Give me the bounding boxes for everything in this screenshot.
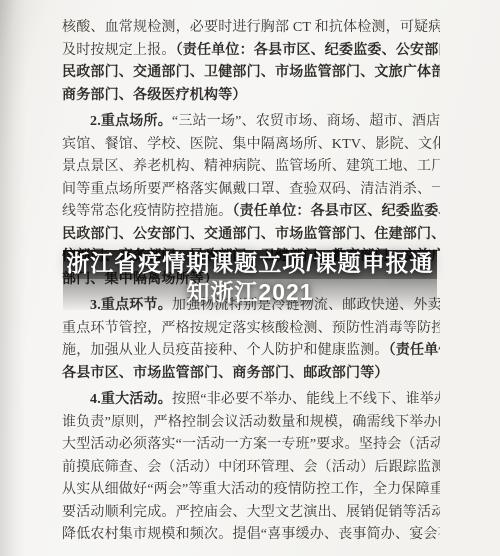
text-segment: 宾馆、餐馆、学校、医院、集中隔离场所、KTV、影院、文化馆、: [62, 137, 440, 152]
text-line: 大型活动必须落实“一活动一方案一专班”要求。坚持会（活动）: [62, 434, 440, 457]
page-title-line2: 知浙江2021: [63, 278, 437, 307]
text-segment: 间等重点场所要严格落实佩戴口罩、查验双码、清洁消杀、一米: [62, 182, 440, 197]
page-title-line1: 浙江省疫情期课题立项/课题申报通: [63, 249, 437, 278]
text-segment-bold: 商务部门、各级医疗机构等）: [62, 88, 247, 103]
text-segment: 大型活动必须落实“一活动一方案一专班”要求。坚持会（活动）: [62, 437, 440, 452]
text-segment: 按照“非必要不举办、能线上不线下、谁举办: [172, 392, 440, 407]
text-line: 要活动顺利完成。严控庙会、大型文艺演出、展销促销等活动，: [62, 502, 440, 525]
text-segment: 从实从细做好“两会”等重大活动的疫情防控工作，全力保障重: [62, 482, 440, 497]
text-segment-bold: （责任单位：: [389, 343, 440, 358]
text-line: 及时按规定上报。（责任单位：各县市区、纪委监委、公安部门、: [62, 40, 440, 63]
text-line: 景点景区、养老机构、精神病院、监管场所、建筑工地、工厂车: [62, 156, 440, 179]
text-segment-bold: 民政部门、交通部门、卫健部门、市场监管部门、文旅广体部门、: [62, 65, 440, 80]
text-segment: 及时按规定上报。: [62, 43, 176, 58]
text-line: 线等常态化疫情防控措施。（责任单位：各县市区、纪委监委、: [62, 201, 440, 224]
text-segment-bold: 2.重点场所。: [90, 114, 172, 129]
text-line: 各县市区、市场监管部门、商务部门、邮政部门等）: [62, 363, 440, 386]
text-segment: 重点环节管控，严格按规定落实核酸检测、预防性消毒等防控措: [62, 321, 440, 336]
text-segment: 谁负责”原则，严格控制会议活动数量和规模，确需线下举办的: [62, 415, 440, 430]
text-segment-bold: （责任单位：各县市区、纪委监委、: [232, 204, 440, 219]
text-segment: 前摸底筛查、会（活动）中闭环管理、会（活动）后跟踪监测，: [62, 460, 440, 475]
text-line: 谁负责”原则，严格控制会议活动数量和规模，确需线下举办的: [62, 412, 440, 435]
text-line: 施，加强从业人员疫苗接种、个人防护和健康监测。（责任单位：: [62, 340, 440, 363]
text-segment: 降低农村集市规模和频次。提倡“喜事缓办、丧事简办、宴会不: [62, 527, 440, 542]
text-segment: 要活动顺利完成。严控庙会、大型文艺演出、展销促销等活动，: [62, 505, 440, 520]
text-line: 4.重大活动。按照“非必要不举办、能线上不线下、谁举办: [62, 389, 440, 412]
text-segment: 景点景区、养老机构、精神病院、监管场所、建筑工地、工厂车: [62, 159, 440, 174]
text-line: 民政部门、交通部门、卫健部门、市场监管部门、文旅广体部门、: [62, 62, 440, 85]
text-line: 宾馆、餐馆、学校、医院、集中隔离场所、KTV、影院、文化馆、: [62, 134, 440, 157]
text-line: 前摸底筛查、会（活动）中闭环管理、会（活动）后跟踪监测，: [62, 457, 440, 480]
text-segment: “三站一场”、农贸市场、商场、超市、酒店、: [172, 114, 440, 129]
text-line: 2.重点场所。“三站一场”、农贸市场、商场、超市、酒店、: [62, 111, 440, 134]
text-segment: 施，加强从业人员疫苗接种、个人防护和健康监测。: [62, 343, 389, 358]
text-line: 降低农村集市规模和频次。提倡“喜事缓办、丧事简办、宴会不: [62, 524, 440, 547]
text-line: 民政部门、公安部门、交通部门、市场监管部门、住建部门、工: [62, 224, 440, 247]
text-segment: 线等常态化疫情防控措施。: [62, 204, 232, 219]
text-line: 商务部门、各级医疗机构等）: [62, 85, 440, 108]
text-segment: 核酸、血常规检测，必要时进行胸部 CT 和抗体检测，可疑病例: [62, 20, 440, 35]
text-line: 重点环节管控，严格按规定落实核酸检测、预防性消毒等防控措: [62, 318, 440, 341]
page-title: 浙江省疫情期课题立项/课题申报通 知浙江2021: [63, 249, 437, 307]
scan-gutter-shadow: [0, 0, 26, 556]
text-line: 从实从细做好“两会”等重大活动的疫情防控工作，全力保障重: [62, 479, 440, 502]
text-segment-bold: （责任单位：各县市区、纪委监委、公安部门、: [176, 43, 440, 58]
text-line: 核酸、血常规检测，必要时进行胸部 CT 和抗体检测，可疑病例: [62, 17, 440, 40]
text-segment-bold: 4.重大活动。: [90, 392, 172, 407]
text-segment-bold: 民政部门、公安部门、交通部门、市场监管部门、住建部门、工: [62, 227, 440, 242]
scanned-document-page: 核酸、血常规检测，必要时进行胸部 CT 和抗体检测，可疑病例及时按规定上报。（责…: [0, 0, 500, 556]
text-segment-bold: 各县市区、市场监管部门、商务部门、邮政部门等）: [62, 366, 389, 381]
text-line: 间等重点场所要严格落实佩戴口罩、查验双码、清洁消杀、一米: [62, 179, 440, 202]
